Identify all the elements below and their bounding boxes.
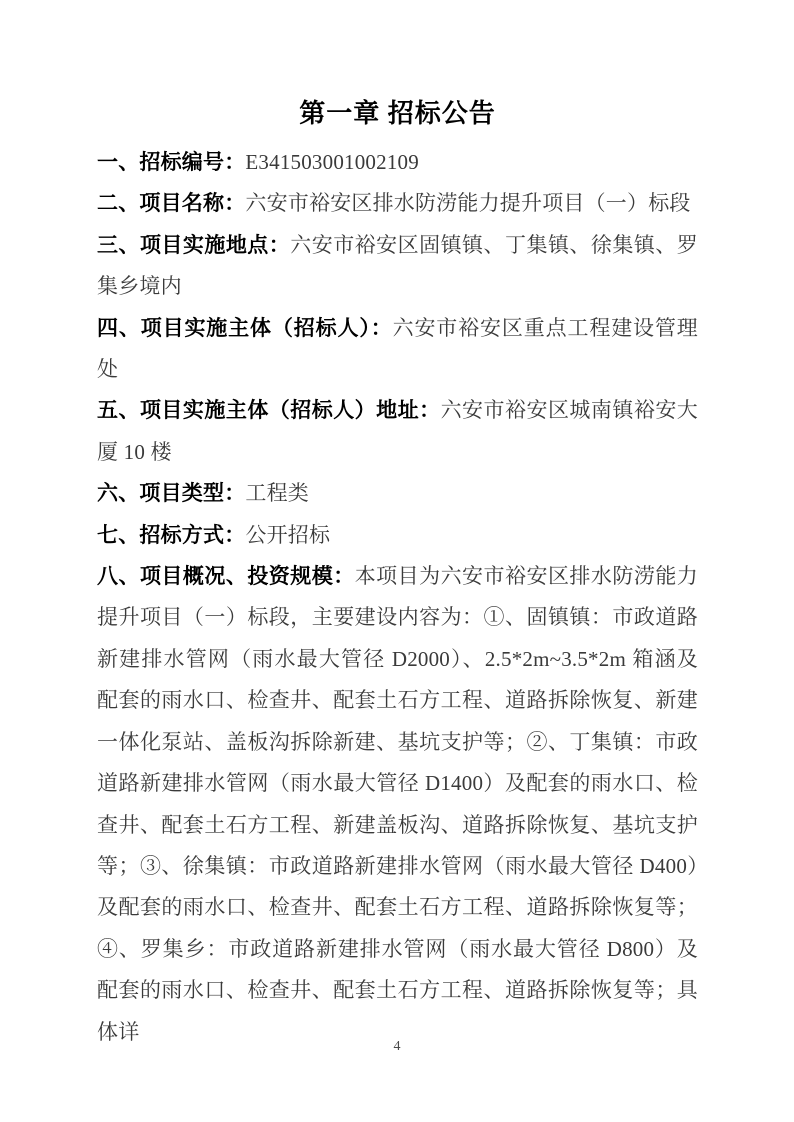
item-project-name-value: 六安市裕安区排水防涝能力提升项目（一）标段 bbox=[245, 191, 690, 215]
document-page: 第一章 招标公告 一、招标编号：E341503001002109 二、项目名称：… bbox=[0, 0, 794, 1122]
page-number: 4 bbox=[0, 1039, 794, 1055]
item-bid-method-label: 七、招标方式： bbox=[97, 523, 245, 547]
document-content: 第一章 招标公告 一、招标编号：E341503001002109 二、项目名称：… bbox=[97, 97, 698, 1053]
item-location-label: 三、项目实施地点： bbox=[97, 233, 290, 257]
item-location: 三、项目实施地点：六安市裕安区固镇镇、丁集镇、徐集镇、罗集乡境内 bbox=[97, 225, 698, 308]
item-bid-method-value: 公开招标 bbox=[245, 523, 330, 547]
item-owner-address-label: 五、项目实施主体（招标人）地址： bbox=[97, 398, 441, 422]
chapter-title: 第一章 招标公告 bbox=[97, 97, 698, 131]
item-bid-number-value: E341503001002109 bbox=[245, 150, 419, 174]
item-overview-label: 八、项目概况、投资规模： bbox=[97, 564, 355, 588]
item-project-name: 二、项目名称：六安市裕安区排水防涝能力提升项目（一）标段 bbox=[97, 183, 698, 224]
item-project-name-label: 二、项目名称： bbox=[97, 191, 245, 215]
item-overview-value: 本项目为六安市裕安区排水防涝能力提升项目（一）标段，主要建设内容为：①、固镇镇：… bbox=[97, 564, 698, 1043]
item-owner-label: 四、项目实施主体（招标人）： bbox=[97, 316, 393, 340]
item-owner: 四、项目实施主体（招标人）：六安市裕安区重点工程建设管理处 bbox=[97, 308, 698, 391]
item-overview: 八、项目概况、投资规模：本项目为六安市裕安区排水防涝能力提升项目（一）标段，主要… bbox=[97, 556, 698, 1053]
item-bid-method: 七、招标方式：公开招标 bbox=[97, 515, 698, 556]
item-project-type: 六、项目类型：工程类 bbox=[97, 473, 698, 514]
item-project-type-value: 工程类 bbox=[245, 481, 309, 505]
item-project-type-label: 六、项目类型： bbox=[97, 481, 245, 505]
item-bid-number-label: 一、招标编号： bbox=[97, 150, 245, 174]
item-owner-address: 五、项目实施主体（招标人）地址：六安市裕安区城南镇裕安大厦 10 楼 bbox=[97, 390, 698, 473]
item-bid-number: 一、招标编号：E341503001002109 bbox=[97, 142, 698, 183]
